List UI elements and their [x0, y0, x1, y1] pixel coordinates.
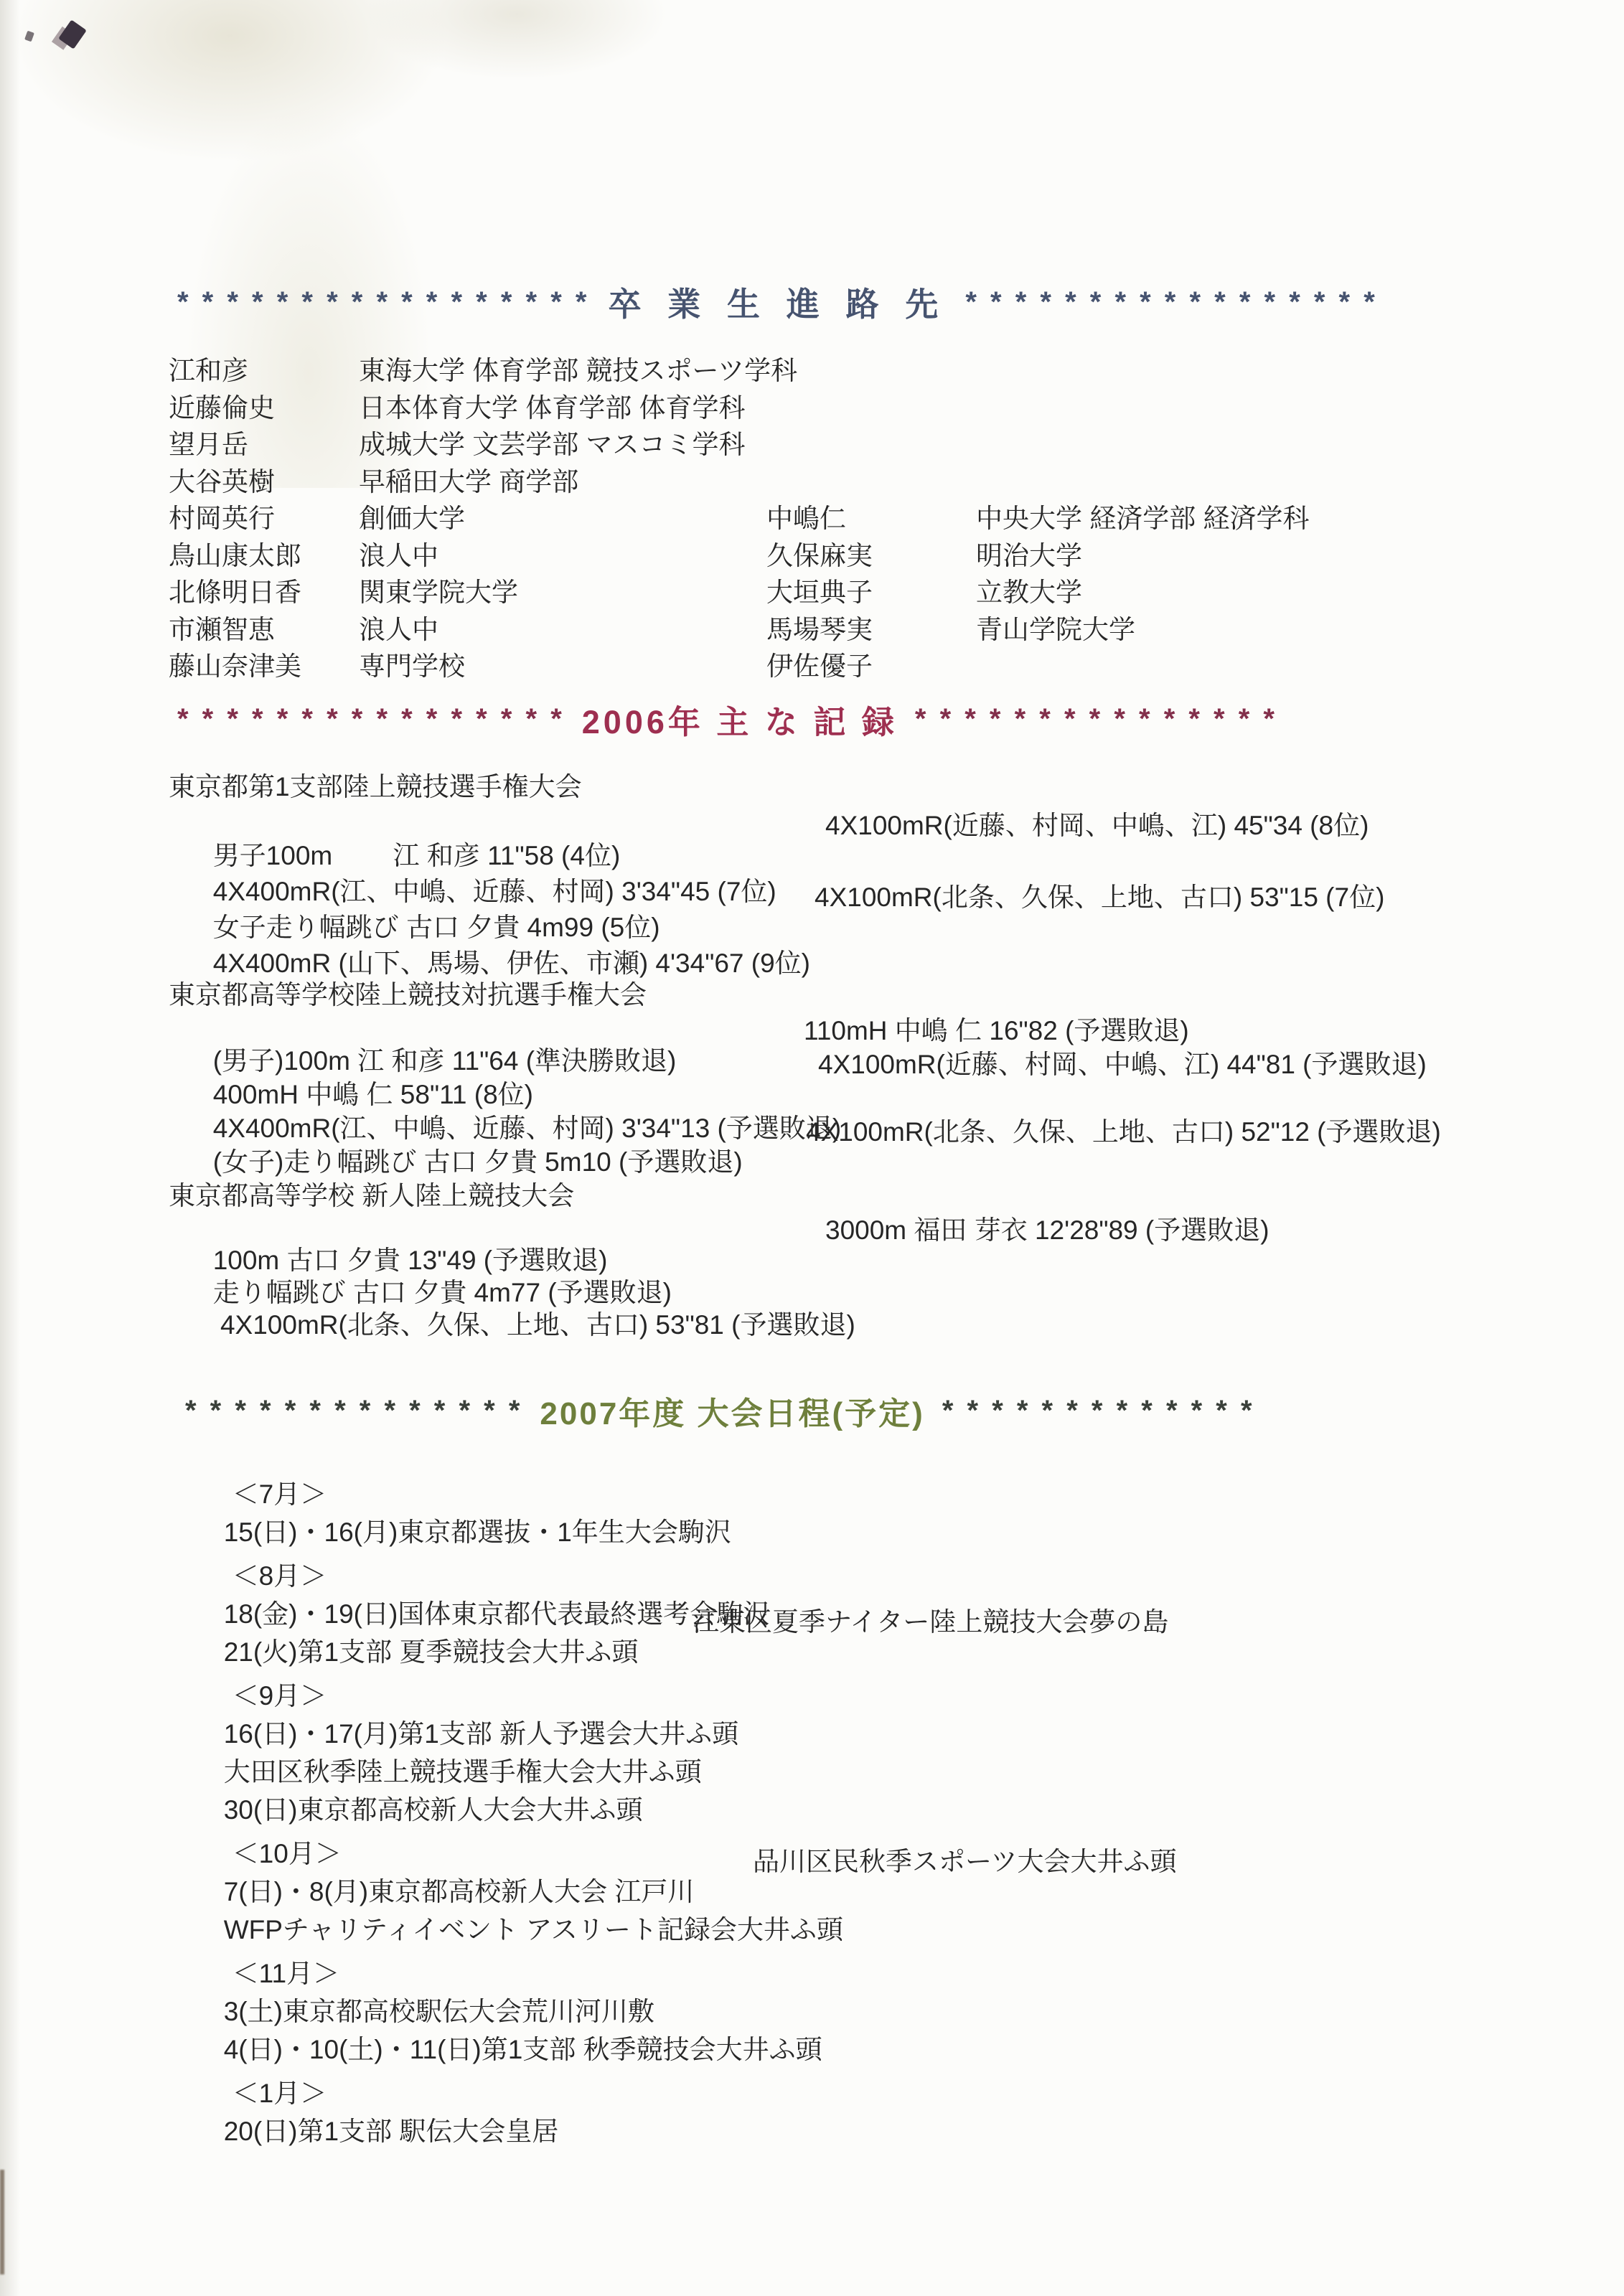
- graduate-name: 藤山奈津美: [169, 644, 301, 683]
- schedule-line: 15(日)・16(月)東京都選抜・1年生大会駒沢: [179, 1480, 843, 1518]
- graduate-school: 中央大学 経済学部 経済学科: [976, 497, 1310, 535]
- record-meet: 東京都高等学校 新人陸上競技大会 100m 古口 夕貴 13"49 (予選敗退)…: [169, 1174, 855, 1305]
- graduate-name: 市瀬智恵: [169, 608, 275, 646]
- graduate-name: 江和彦: [169, 349, 248, 387]
- scanned-document-page: * * * * * * * * * * * * * * * * * 卒 業 生 …: [0, 0, 1624, 2296]
- graduate-name: 鳥山康太郎: [169, 534, 301, 573]
- graduate-school: 浪人中: [359, 608, 438, 646]
- meet-title: 東京都高等学校 新人陸上競技大会: [169, 1174, 855, 1208]
- schedule-line: 21(火)第1支部 夏季競技会大井ふ頭 江東区夏季ナイター陸上競技大会夢の島: [179, 1600, 843, 1638]
- stars-decoration: * * * * * * * * * * * * * * *: [915, 703, 1277, 735]
- graduate-name: 村岡英行: [169, 497, 275, 535]
- schedule-line: WFPチャリティイベント アスリート記録会大井ふ頭: [179, 1878, 843, 1916]
- schedule-line: 大田区秋季陸上競技選手権大会大井ふ頭: [179, 1720, 843, 1758]
- graduate-name: 大谷英樹: [169, 460, 275, 499]
- schedule-line: 16(日)・17(月)第1支部 新人予選会大井ふ頭: [179, 1682, 843, 1720]
- schedule-line: 20(日)第1支部 駅伝大会皇居: [179, 2079, 843, 2117]
- meet-title: 東京都第1支部陸上競技選手権大会: [169, 765, 810, 804]
- graduate-school: 創価大学: [359, 497, 465, 535]
- graduate-name: 北條明日香: [169, 570, 301, 609]
- record-result: 3000m 福田 芽衣 12'28"89 (予選敗退): [825, 1208, 1269, 1247]
- record-result: 4X100mR(近藤、村岡、中嶋、江) 45"34 (8位): [825, 804, 1369, 842]
- graduate-name: 久保麻実: [766, 534, 873, 573]
- schedule-month-label: ＜7月＞: [179, 1442, 843, 1480]
- graduates-section-title: 卒 業 生 進 路 先: [608, 278, 947, 326]
- schedule-month-label: ＜10月＞: [179, 1802, 843, 1840]
- meet-title: 東京都高等学校陸上競技対抗選手権大会: [169, 973, 841, 1009]
- ink-speck: [24, 31, 34, 42]
- graduate-school: 成城大学 文芸学部 マスコミ学科: [359, 423, 746, 461]
- schedule-2007-section-title: 2007年度 大会日程(予定): [540, 1388, 924, 1434]
- record-line: (男子)100m 江 和彦 11"64 (準決勝敗退) 110mH 中嶋 仁 1…: [169, 1009, 841, 1043]
- record-line: 4X400mR(江、中嶋、近藤、村岡) 3'34"13 (予選敗退): [169, 1076, 841, 1110]
- record-result: 4X100mR(北条、久保、上地、古口) 53"15 (7位): [815, 875, 1384, 914]
- graduates-section-header: * * * * * * * * * * * * * * * * * 卒 業 生 …: [177, 278, 1378, 326]
- record-line: 女子走り幅跳び 古口 夕貴 4m99 (5位) 4X100mR(北条、久保、上地…: [169, 875, 810, 911]
- graduate-school: 日本体育大学 体育学部 体育学科: [359, 386, 746, 425]
- schedule-month-label: ＜1月＞: [179, 2041, 843, 2079]
- stars-decoration: * * * * * * * * * * * * *: [942, 1395, 1255, 1427]
- record-line: 男子100m 江 和彦 11"58 (4位) 4X100mR(近藤、村岡、中嶋、…: [169, 804, 810, 839]
- schedule-2007-section-header: * * * * * * * * * * * * * * 2007年度 大会日程(…: [185, 1388, 1255, 1434]
- stars-decoration: * * * * * * * * * * * * * *: [185, 1395, 522, 1427]
- schedule-list: ＜7月＞ 15(日)・16(月)東京都選抜・1年生大会駒沢 ＜8月＞ 18(金)…: [179, 1436, 843, 2117]
- paper-edge-sliver: [0, 2170, 4, 2274]
- schedule-line: 7(日)・8(月)東京都高校新人大会 江戸川 品川区民秋季スポーツ大会大井ふ頭: [179, 1840, 843, 1878]
- schedule-line: 3(土)東京都高校駅伝大会荒川河川敷: [179, 1959, 843, 1998]
- stars-decoration: * * * * * * * * * * * * * * * * *: [965, 286, 1377, 319]
- stars-decoration: * * * * * * * * * * * * * * * * *: [177, 286, 589, 319]
- schedule-line: 30(日)東京都高校新人大会大井ふ頭: [179, 1758, 843, 1796]
- graduate-school: 立教大学: [976, 570, 1082, 609]
- graduate-school: 早稲田大学 商学部: [359, 460, 578, 499]
- record-line: 4X100mR(北条、久保、上地、古口) 53"81 (予選敗退): [169, 1273, 855, 1305]
- graduate-school: 専門学校: [359, 644, 465, 683]
- schedule-line: 4(日)・10(土)・11(日)第1支部 秋季競技会大井ふ頭: [179, 1998, 843, 2036]
- record-line: 100m 古口 夕貴 13"49 (予選敗退) 3000m 福田 芽衣 12'2…: [169, 1208, 855, 1241]
- record-meet: 東京都第1支部陸上競技選手権大会 男子100m 江 和彦 11"58 (4位) …: [169, 765, 810, 947]
- graduate-school: 青山学院大学: [976, 608, 1135, 646]
- paper-left-edge-shadow: [0, 0, 20, 2296]
- record-line: 4X400mR (山下、馬場、伊佐、市瀬) 4'34"67 (9位): [169, 911, 810, 947]
- schedule-event: 江東区夏季ナイター陸上競技大会夢の島: [693, 1600, 1168, 1639]
- graduate-name: 中嶋仁: [766, 497, 846, 535]
- graduate-school: 明治大学: [976, 534, 1082, 573]
- graduate-name: 大垣典子: [766, 570, 873, 609]
- graduate-name: 伊佐優子: [766, 644, 873, 683]
- record-line: 4X400mR(江、中嶋、近藤、村岡) 3'34"45 (7位): [169, 839, 810, 875]
- graduate-name: 近藤倫史: [169, 386, 275, 425]
- schedule-line: 18(金)・19(日)国体東京都代表最終選考会駒沢: [179, 1562, 843, 1600]
- schedule-month-label: ＜11月＞: [179, 1921, 843, 1959]
- records-2006-section-header: * * * * * * * * * * * * * * * * 2006年 主 …: [177, 696, 1277, 743]
- record-result: (女子)走り幅跳び 古口 夕貴 5m10 (予選敗退): [213, 1147, 743, 1177]
- graduate-school: 関東学院大学: [359, 570, 518, 609]
- record-line: (女子)走り幅跳び 古口 夕貴 5m10 (予選敗退) 4X100mR(北条、久…: [169, 1110, 841, 1144]
- record-result: 4X100mR(近藤、村岡、中嶋、江) 44"81 (予選敗退): [818, 1043, 1427, 1081]
- schedule-event: 品川区民秋季スポーツ大会大井ふ頭: [753, 1840, 1177, 1878]
- graduate-school: 東海大学 体育学部 競技スポーツ学科: [359, 349, 797, 387]
- schedule-month-label: ＜8月＞: [179, 1524, 843, 1562]
- stars-decoration: * * * * * * * * * * * * * * * *: [177, 703, 565, 735]
- schedule-month-label: ＜9月＞: [179, 1644, 843, 1682]
- record-result: 4X100mR(北条、久保、上地、古口) 52"12 (予選敗退): [806, 1110, 1441, 1149]
- record-result: 110mH 中嶋 仁 16"82 (予選敗退): [804, 1009, 1189, 1048]
- records-2006-section-title: 2006年 主 な 記 録: [582, 696, 898, 743]
- schedule-event: 20(日)第1支部 駅伝大会皇居: [224, 2117, 559, 2146]
- record-result: 4X100mR(北条、久保、上地、古口) 53"81 (予選敗退): [213, 1310, 855, 1340]
- record-line: 走り幅跳び 古口 夕貴 4m77 (予選敗退): [169, 1241, 855, 1273]
- graduate-school: 浪人中: [359, 534, 438, 573]
- staple-hole-mark: [58, 19, 87, 49]
- record-line: 400mH 中嶋 仁 58"11 (8位) 4X100mR(近藤、村岡、中嶋、江…: [169, 1043, 841, 1076]
- record-meet: 東京都高等学校陸上競技対抗選手権大会 (男子)100m 江 和彦 11"64 (…: [169, 973, 841, 1144]
- graduate-name: 馬場琴実: [766, 608, 873, 646]
- graduate-name: 望月岳: [169, 423, 248, 461]
